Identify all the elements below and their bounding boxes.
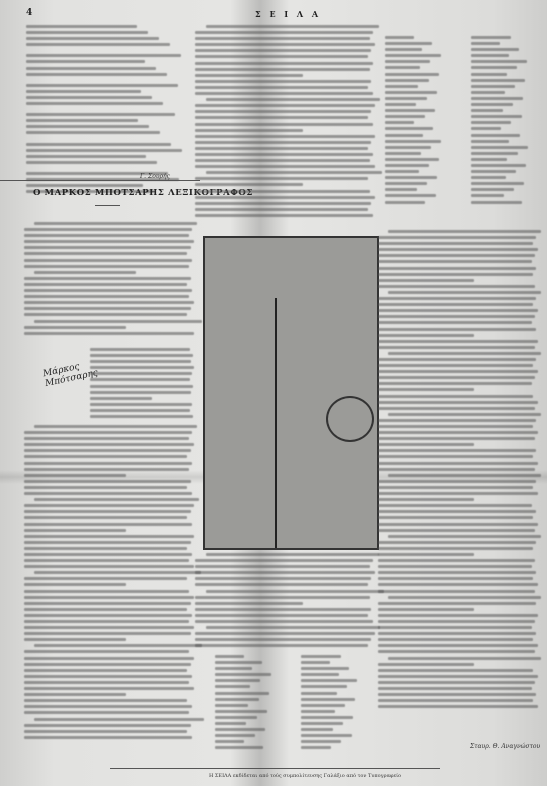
- article-headline: Ο ΜΑΡΚΟΣ ΜΠΟΤΣΑΡΗΣ ΛΕΞΙΚΟΓΡΑΦΟΣ: [33, 188, 193, 198]
- article-text-right: [378, 230, 538, 711]
- manuscript-seal: [326, 396, 374, 442]
- poem-text: [26, 25, 184, 196]
- article-text-left-lower: [24, 425, 194, 742]
- newspaper-page: 4 Σ Ε Ι Λ Α Γ. Σουρής Ο ΜΑΡΚΟΣ ΜΠΟΤΣΑΡΗΣ…: [0, 0, 547, 786]
- footer-rule: [110, 768, 440, 769]
- article-text-middle-lower: [195, 553, 375, 651]
- section-divider: [0, 180, 200, 181]
- article-text-left-wrap: [90, 348, 194, 421]
- masthead: Σ Ε Ι Λ Α: [255, 9, 321, 19]
- article-text-left: [24, 222, 194, 338]
- word-list-middle: [215, 655, 365, 753]
- footer-imprint: Η ΣΕΙΛΑ εκδίδεται από τούς συμπολίτευσης…: [140, 773, 470, 779]
- poem-signature: Γ. Σουρής: [140, 173, 170, 180]
- manuscript-photo: [203, 236, 379, 550]
- word-list-right: [385, 36, 535, 207]
- page-number: 4: [26, 8, 32, 18]
- manuscript-divider: [275, 298, 277, 548]
- article-text-middle: [195, 25, 375, 220]
- headline-underline: [95, 205, 120, 206]
- handwritten-signature: Μάρκος Μπότσαρης: [42, 361, 87, 399]
- article-signature: Σταυρ. Θ. Αναγνώστου: [470, 743, 540, 750]
